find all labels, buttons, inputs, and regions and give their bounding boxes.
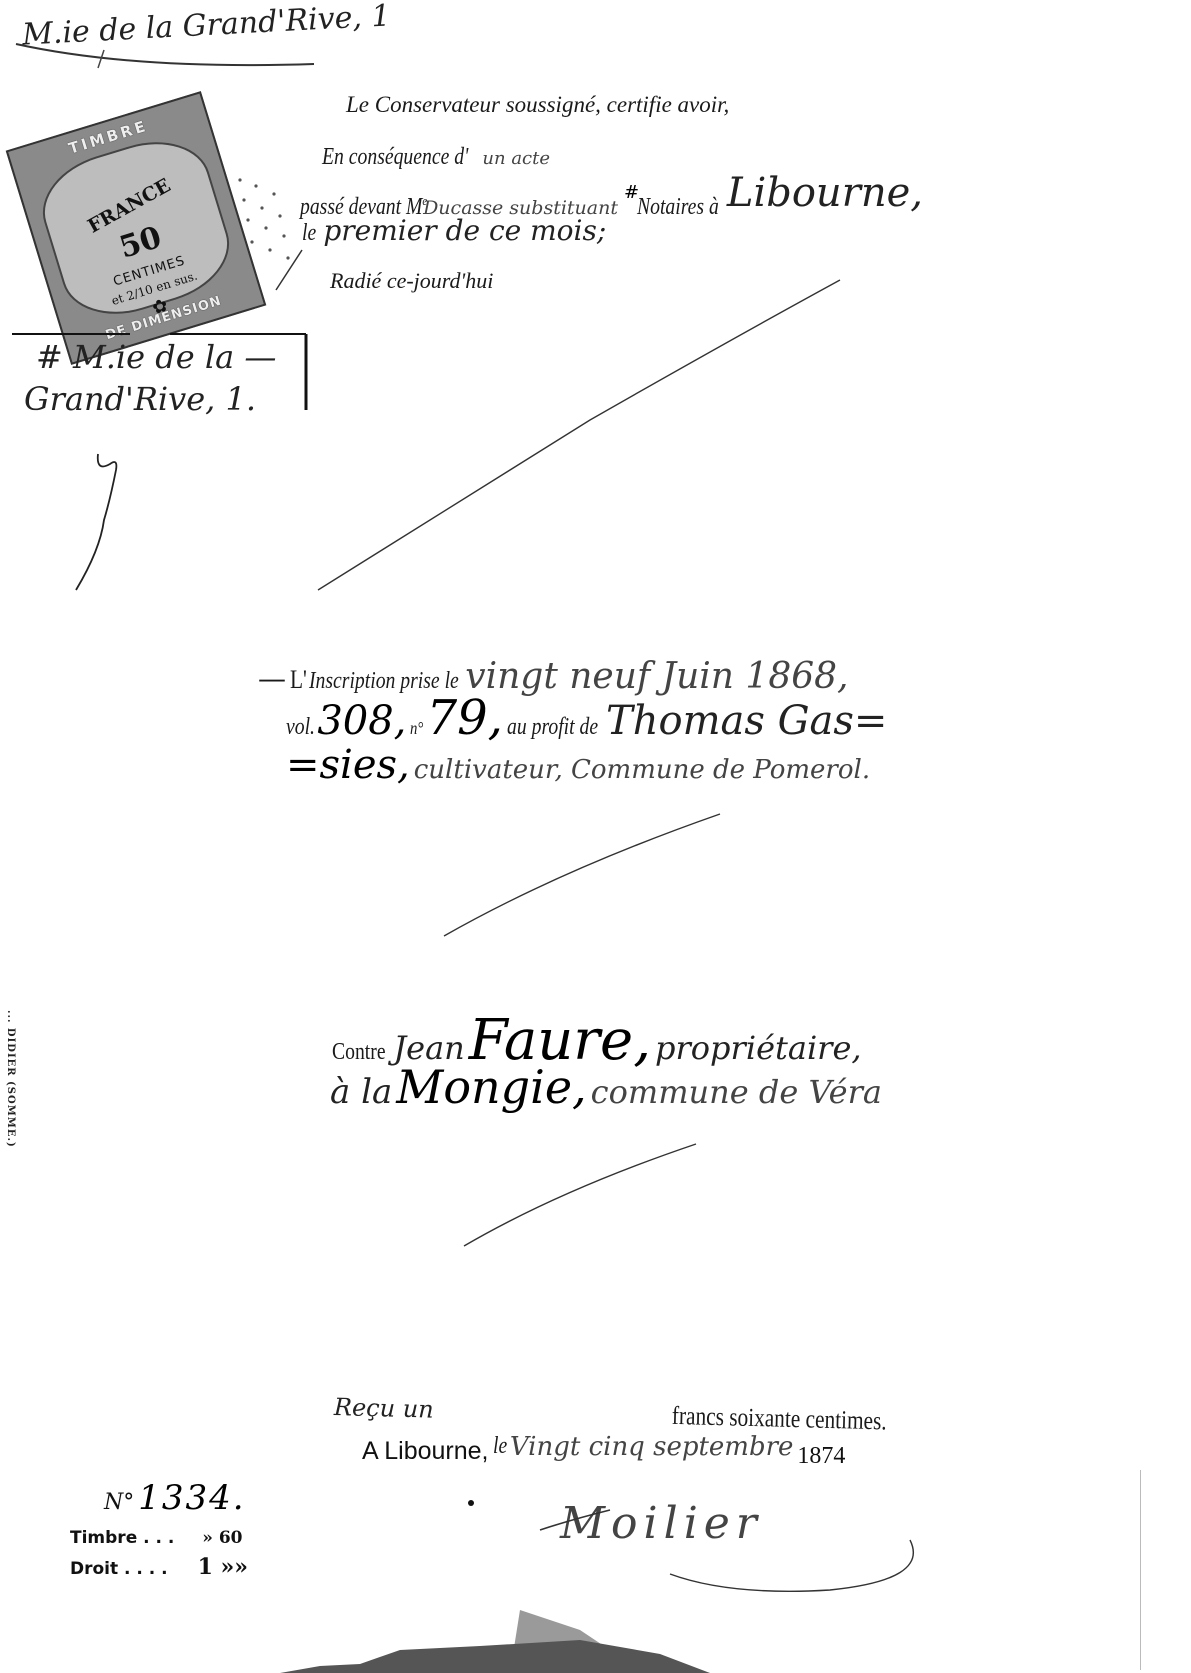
vol-label: vol. [286, 714, 315, 741]
consequence-line: En conséquence d' un acte [322, 144, 550, 171]
receipt-line: Reçu un francs soixante centimes. [334, 1392, 934, 1438]
inscription-dash: — [258, 662, 286, 695]
inscription-line3: =sies, cultivateur, Commune de Pomerol. [286, 742, 870, 788]
receipt-year: 1874 [797, 1443, 845, 1469]
inscription-line2: vol. 308, n° 79, au profit de Thomas Gas… [286, 690, 887, 746]
receipt-place: A Libourne, [362, 1437, 489, 1465]
vol-value: 308, [317, 698, 406, 744]
certificate-intro: Le Conservateur soussigné, certifie avoi… [346, 92, 729, 118]
timbre-row: Timbre . . . » 60 [70, 1528, 242, 1548]
cancellation-stroke-3 [460, 1140, 700, 1250]
registry-no-label: N° [104, 1490, 134, 1515]
ink-dot [468, 1500, 474, 1506]
contre-line2: à la Mongie, commune de Véra [330, 1060, 882, 1114]
profit-label: au profit de [507, 714, 598, 741]
receipt-date-line: A Libourne, le Vingt cinq septembre 1874 [362, 1436, 845, 1466]
receipt-date-hand: Vingt cinq septembre [510, 1432, 794, 1462]
top-underline [14, 40, 434, 80]
timbre-label: Timbre . . . [70, 1528, 174, 1548]
no-value: 79, [427, 690, 503, 746]
date-hand: premier de ce mois; [323, 214, 606, 247]
beneficiary-hand-2: =sies, [286, 742, 410, 788]
printer-imprint: ... DIDIER (SOMME.) [5, 1010, 16, 1148]
beneficiary-hand-1: Thomas Gas= [606, 698, 887, 744]
notaires-label: Notaires à [637, 194, 719, 221]
beneficiary-detail: cultivateur, Commune de Pomerol. [414, 755, 870, 785]
fiscal-stamp: TIMBRE FRANCE 50 CENTIMES et 2/10 en sus… [6, 91, 267, 365]
cancellation-stroke-2 [440, 810, 730, 940]
date-line: le premier de ce mois; [302, 214, 606, 247]
consequence-label: En conséquence d' [322, 144, 468, 171]
torn-paper-edge [280, 1610, 1180, 1673]
signature-flourish [530, 1500, 930, 1600]
droit-value: 1 »» [198, 1554, 248, 1580]
line2-prefix: à la [330, 1072, 392, 1112]
line2-place: Mongie, [396, 1060, 586, 1114]
recu-hand: Reçu un [334, 1393, 434, 1424]
place-hand: Libourne, [727, 170, 923, 216]
cancellation-stroke-1 [310, 270, 850, 600]
receipt-date-label: le [493, 1433, 507, 1460]
date-label: le [302, 220, 316, 247]
consequence-hand: un acte [482, 148, 550, 169]
registry-no-value: 1334. [138, 1478, 245, 1518]
margin-annotation-line2: Grand'Rive, 1. [24, 380, 256, 418]
line2-commune: commune de Véra [591, 1073, 882, 1111]
margin-annotation-line1: # M.ie de la — [36, 338, 276, 376]
no-label: n° [410, 718, 423, 739]
droit-label: Droit . . . . [70, 1559, 168, 1579]
margin-initial-stroke [60, 440, 140, 600]
registry-number: N° 1334. [104, 1478, 246, 1518]
droit-row: Droit . . . . 1 »» [70, 1554, 248, 1580]
timbre-value: » 60 [202, 1528, 242, 1548]
